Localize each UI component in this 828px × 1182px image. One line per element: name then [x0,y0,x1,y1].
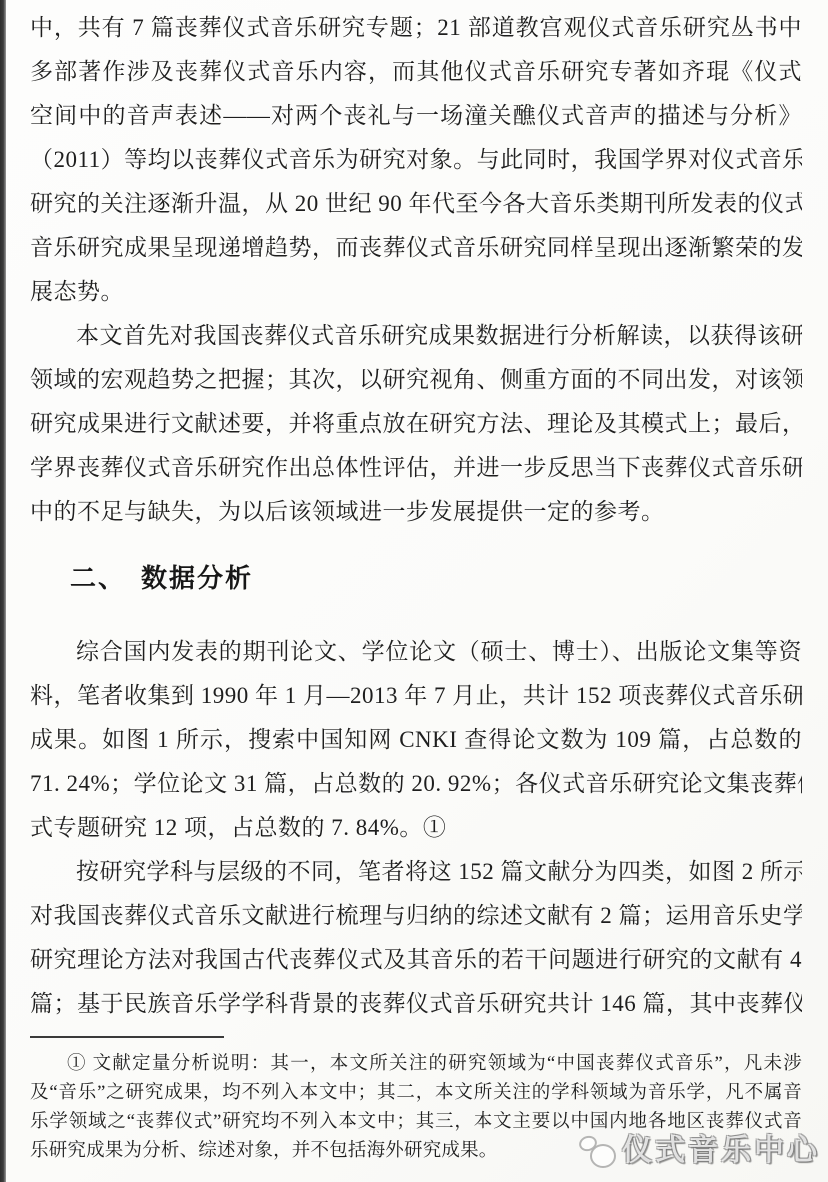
text-line: 篇；基于民族音乐学学科背景的丧葬仪式音乐研究共计 146 篇，其中丧葬仪式 [30,982,802,1026]
text-line: 中的不足与缺失，为以后该领域进一步发展提供一定的参考。 [30,490,802,534]
continuation-paragraph: 中，共有 7 篇丧葬仪式音乐研究专题；21 部道教宫观仪式音乐研究丛书中多部著作… [30,6,802,314]
text-line: 中，共有 7 篇丧葬仪式音乐研究专题；21 部道教宫观仪式音乐研究丛书中 [30,6,802,50]
text-line: 料，笔者收集到 1990 年 1 月—2013 年 7 月止，共计 152 项丧… [30,674,802,718]
text-line: 按研究学科与层级的不同，笔者将这 152 篇文献分为四类，如图 2 所示， [30,850,802,894]
text-line: 学界丧葬仪式音乐研究作出总体性评估，并进一步反思当下丧葬仪式音乐研究 [30,446,802,490]
text-line: 综合国内发表的期刊论文、学位论文（硕士、博士）、出版论文集等资 [30,630,802,674]
text-line: 及“音乐”之研究成果，均不列入本文中；其二，本文所关注的学科领域为音乐学，凡不属… [30,1079,802,1108]
text-line: 研究的关注逐渐升温，从 20 世纪 90 年代至今各大音乐类期刊所发表的仪式 [30,182,802,226]
scanned-paper-page: 中，共有 7 篇丧葬仪式音乐研究专题；21 部道教宫观仪式音乐研究丛书中多部著作… [0,0,828,1182]
text-line: 乐学领域之“丧葬仪式”研究均不列入本文中；其三，本文主要以中国内地各地区丧葬仪式… [30,1108,802,1137]
classification-paragraph: 按研究学科与层级的不同，笔者将这 152 篇文献分为四类，如图 2 所示，对我国… [30,850,802,1026]
text-line: ① 文献定量分析说明：其一，本文所关注的研究领域为“中国丧葬仪式音乐”，凡未涉 [30,1050,802,1079]
text-line: 音乐研究成果呈现递增趋势，而丧葬仪式音乐研究同样呈现出逐渐繁荣的发 [30,226,802,270]
text-line: （2011）等均以丧葬仪式音乐为研究对象。与此同时，我国学界对仪式音乐 [30,138,802,182]
text-line: 本文首先对我国丧葬仪式音乐研究成果数据进行分析解读，以获得该研究 [30,314,802,358]
text-line: 空间中的音声表述——对两个丧礼与一场潼关醮仪式音声的描述与分析》 [30,94,802,138]
text-line: 71. 24%；学位论文 31 篇，占总数的 20. 92%；各仪式音乐研究论文… [30,762,802,806]
text-line: 式专题研究 12 项，占总数的 7. 84%。① [30,806,802,850]
text-line: 展态势。 [30,270,802,314]
text-line: 研究理论方法对我国古代丧葬仪式及其音乐的若干问题进行研究的文献有 4 [30,938,802,982]
text-line: 乐研究成果为分析、综述对象，并不包括海外研究成果。 [30,1137,802,1166]
text-line: 对我国丧葬仪式音乐文献进行梳理与归纳的综述文献有 2 篇；运用音乐史学的 [30,894,802,938]
text-line: 多部著作涉及丧葬仪式音乐内容，而其他仪式音乐研究专著如齐琨《仪式 [30,50,802,94]
footnote-separator-rule [30,1036,224,1038]
section-heading: 二、 数据分析 [70,562,802,596]
data-analysis-paragraph: 综合国内发表的期刊论文、学位论文（硕士、博士）、出版论文集等资料，笔者收集到 1… [30,630,802,850]
overview-paragraph: 本文首先对我国丧葬仪式音乐研究成果数据进行分析解读，以获得该研究领域的宏观趋势之… [30,314,802,534]
scan-edge-shadow [0,0,6,1182]
text-line: 研究成果进行文献述要，并将重点放在研究方法、理论及其模式上；最后，对 [30,402,802,446]
text-line: 领域的宏观趋势之把握；其次，以研究视角、侧重方面的不同出发，对该领域 [30,358,802,402]
article-body: 中，共有 7 篇丧葬仪式音乐研究专题；21 部道教宫观仪式音乐研究丛书中多部著作… [30,0,802,1182]
text-line: 成果。如图 1 所示，搜索中国知网 CNKI 查得论文数为 109 篇，占总数的 [30,718,802,762]
footnote-block: ① 文献定量分析说明：其一，本文所关注的研究领域为“中国丧葬仪式音乐”，凡未涉及… [30,1050,802,1166]
